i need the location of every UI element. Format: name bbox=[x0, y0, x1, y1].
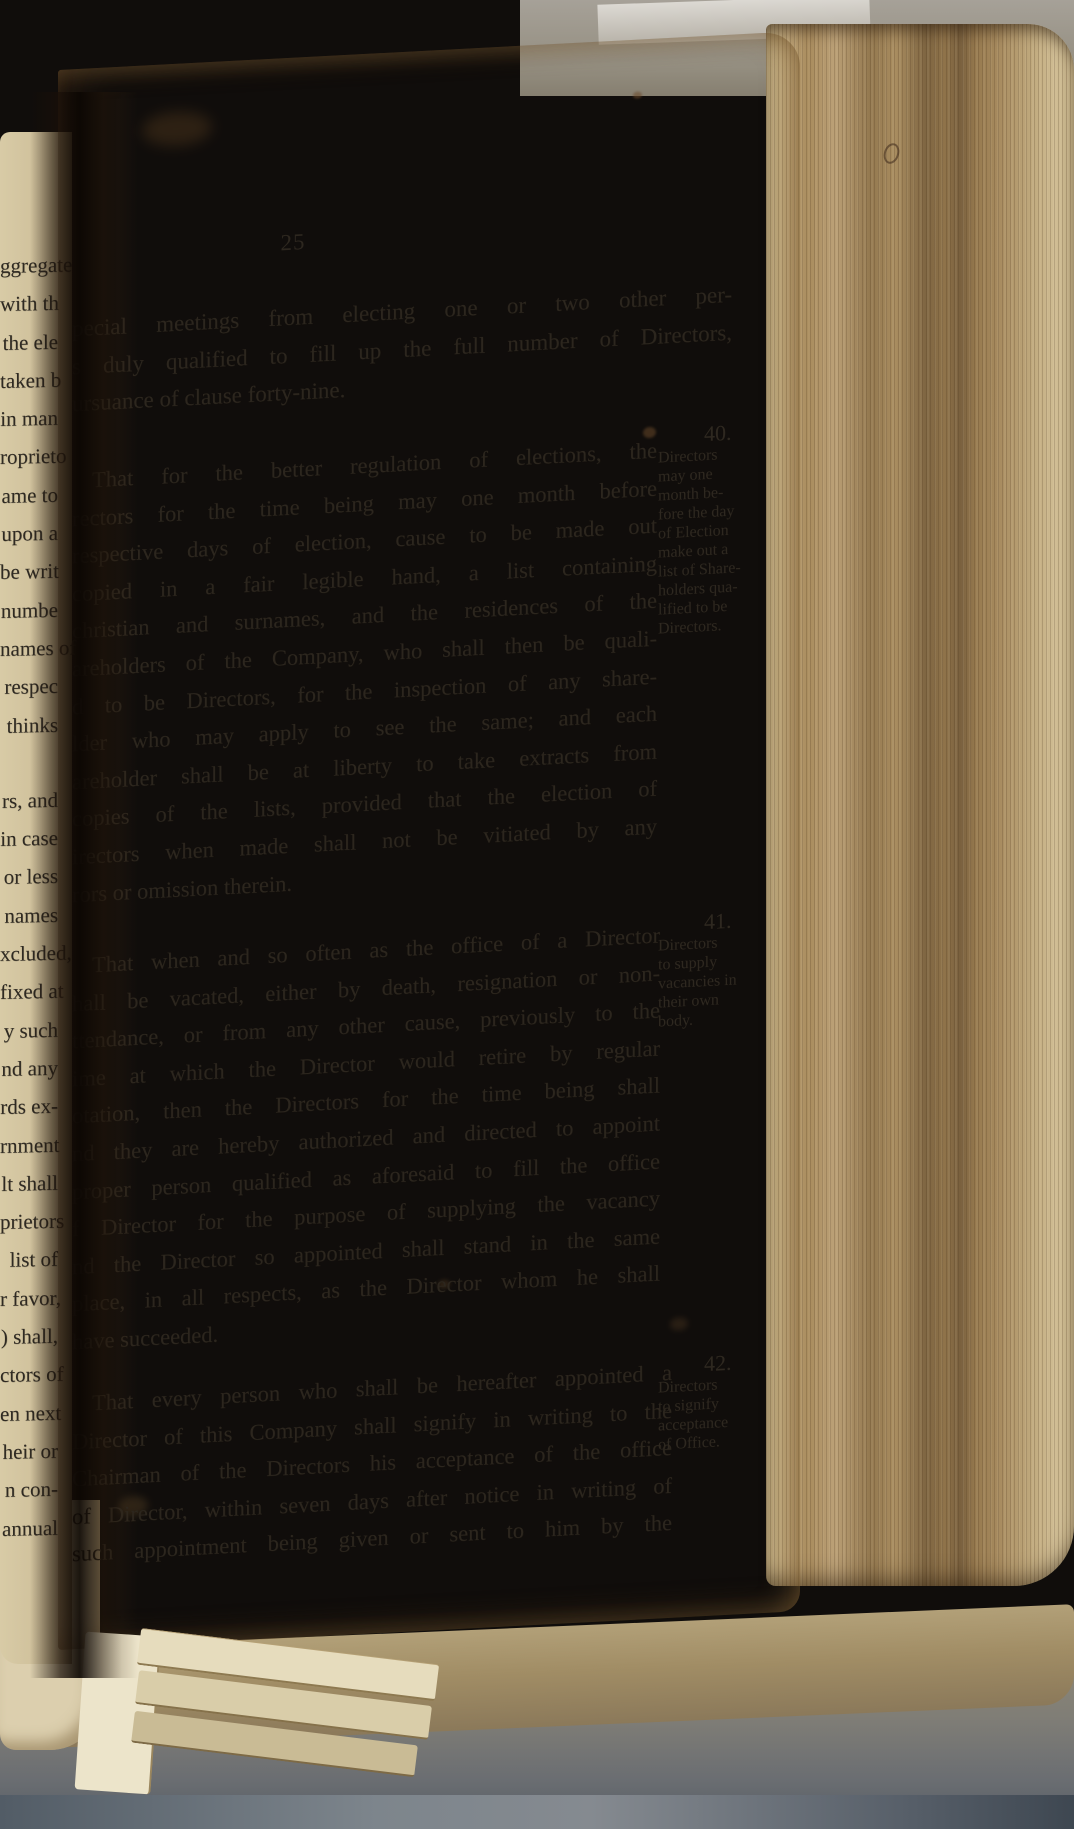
page-number: 25 bbox=[258, 228, 328, 258]
book-page: 25 pecial meetings from electing one or … bbox=[58, 31, 800, 1650]
book-fore-edge-pages bbox=[766, 24, 1074, 1586]
clause-41-margin-note: 41. Directorsto supplyvacancies intheir … bbox=[658, 906, 792, 1032]
paper-stain bbox=[670, 1317, 688, 1331]
clause-40-paragraph: That for the better regulation of electi… bbox=[72, 432, 657, 914]
clause-40-margin-note: 40. Directorsmay onemonth be-fore the da… bbox=[658, 418, 792, 639]
book-gutter-shadow bbox=[30, 92, 138, 1678]
clause-42-paragraph: That every person who shall be hereafter… bbox=[72, 1354, 672, 1573]
margin-note-text: Directorsmay onemonth be-fore the dayof … bbox=[658, 442, 792, 639]
paragraph-continuation: pecial meetings from electing one or two… bbox=[72, 276, 732, 423]
clause-42-margin-note: 42. Directorsto signifyacceptanceof Offi… bbox=[658, 1348, 792, 1455]
clause-41-paragraph: That when and so often as the office of … bbox=[72, 916, 660, 1360]
paper-smudge bbox=[142, 110, 212, 148]
table-edge bbox=[0, 1795, 1074, 1829]
margin-note-text: Directorsto signifyacceptanceof Office. bbox=[658, 1372, 792, 1455]
ink-spot bbox=[633, 91, 642, 98]
margin-note-text: Directorsto supplyvacancies intheir ownb… bbox=[658, 930, 792, 1032]
